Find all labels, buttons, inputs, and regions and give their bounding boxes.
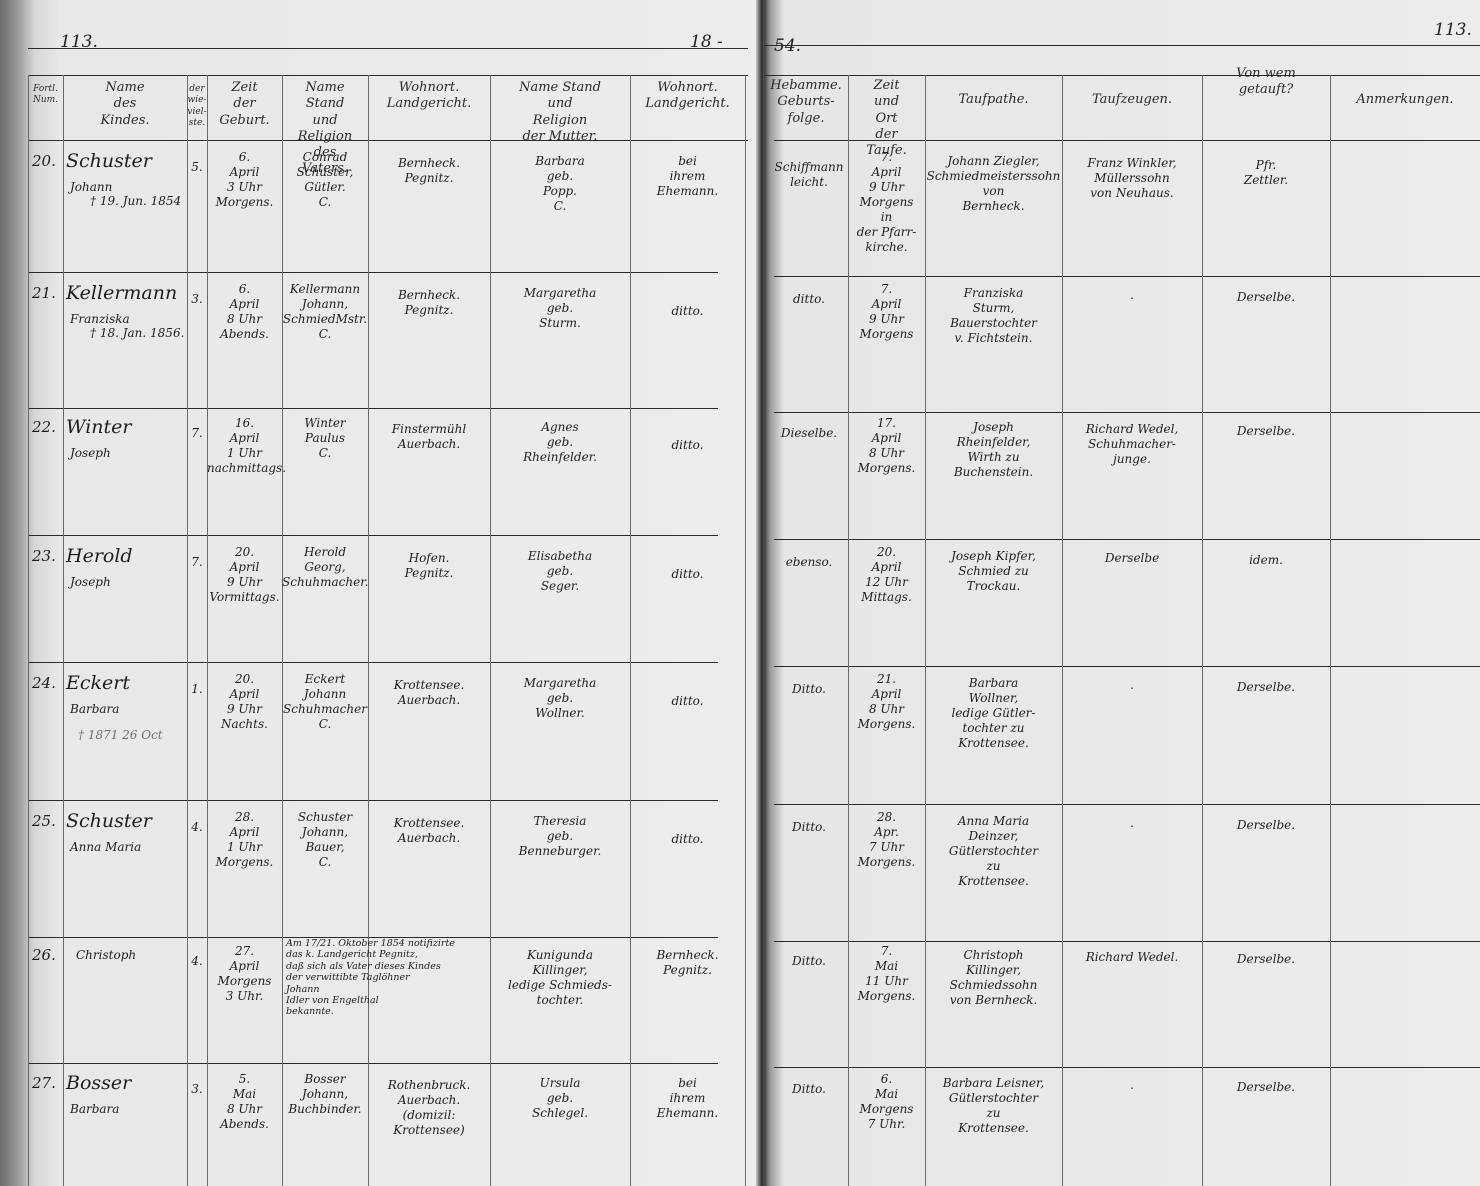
father-residence: Krottensee. Auerbach. bbox=[368, 678, 490, 708]
column-rule bbox=[28, 75, 29, 1186]
baptism-time-place: 6. Mai Morgens 7 Uhr. bbox=[848, 1072, 925, 1132]
father-residence: Finstermühl Auerbach. bbox=[368, 422, 490, 452]
witnesses: . bbox=[1062, 816, 1202, 831]
column-header-witnesses: Taufzeugen. bbox=[1062, 92, 1202, 108]
baptism-time-place: 20. April 12 Uhr Mittags. bbox=[848, 545, 925, 605]
column-header-godparent: Taufpathe. bbox=[925, 92, 1062, 108]
father-residence: Bernheck. Pegnitz. bbox=[368, 156, 490, 186]
column-rule bbox=[207, 75, 208, 1186]
year-prefix: 18 - bbox=[690, 32, 723, 52]
mother-name-status: Kunigunda Killinger, ledige Schmieds- to… bbox=[490, 948, 630, 1008]
godparent: Joseph Kipfer, Schmied zu Trockau. bbox=[925, 549, 1062, 594]
godparent: Anna Maria Deinzer, Gütlerstochter zu Kr… bbox=[925, 814, 1062, 889]
father-name-status: Eckert Johann Schuhmacher C. bbox=[282, 672, 368, 732]
mother-name-status: Barbara geb. Popp. C. bbox=[490, 154, 630, 214]
child-given-name: Johann bbox=[70, 180, 188, 195]
witnesses: Derselbe bbox=[1062, 551, 1202, 566]
column-header-num: Fortl. Num. bbox=[28, 84, 63, 107]
godparent: Franziska Sturm, Bauerstochter v. Fichts… bbox=[925, 286, 1062, 346]
column-rule bbox=[630, 75, 631, 1186]
father-name-status: Conrad Schuster, Gütler. C. bbox=[282, 150, 368, 210]
column-rule bbox=[282, 75, 283, 1186]
child-surname: Herold bbox=[66, 545, 191, 569]
father-acknowledgement-note: Am 17/21. Oktober 1854 notifizirte das k… bbox=[286, 938, 490, 1018]
baptized-by: Derselbe. bbox=[1202, 952, 1330, 967]
child-surname: Winter bbox=[66, 416, 191, 440]
entry-number: 22. bbox=[32, 418, 64, 437]
column-header-child: Name des Kindes. bbox=[63, 80, 187, 129]
witnesses: . bbox=[1062, 678, 1202, 693]
row-separator bbox=[774, 276, 1480, 277]
left-page: 113. 18 - Fortl. Num.Name des Kindes.der… bbox=[0, 0, 760, 1186]
father-name-status: Winter Paulus C. bbox=[282, 416, 368, 461]
left-page-number: 113. bbox=[60, 32, 98, 52]
child-surname: Eckert bbox=[66, 672, 191, 696]
witnesses: Richard Wedel. bbox=[1062, 950, 1202, 965]
death-note: † 18. Jan. 1856. bbox=[90, 326, 200, 341]
godparent: Barbara Wollner, ledige Gütler- tochter … bbox=[925, 676, 1062, 751]
row-separator bbox=[774, 412, 1480, 413]
godparent: Barbara Leisner, Gütlerstochter zu Krott… bbox=[925, 1076, 1062, 1136]
right-page: 54. 113. Hebamme. Geburts- folge.Zeit un… bbox=[764, 0, 1480, 1186]
father-residence: Rothenbruck. Auerbach. (domizil: Krotten… bbox=[368, 1078, 490, 1138]
witnesses: Richard Wedel, Schuhmacher- junge. bbox=[1062, 422, 1202, 467]
header-top-rule bbox=[28, 75, 748, 76]
year-suffix: 54. bbox=[774, 36, 801, 56]
entry-number: 20. bbox=[32, 152, 64, 171]
midwife: Dieselbe. bbox=[770, 426, 848, 441]
mother-name-status: Theresia geb. Benneburger. bbox=[490, 814, 630, 859]
mother-name-status: Margaretha geb. Wollner. bbox=[490, 676, 630, 721]
birth-time: 5. Mai 8 Uhr Abends. bbox=[207, 1072, 282, 1132]
right-page-number: 113. bbox=[1434, 20, 1472, 40]
row-separator bbox=[774, 539, 1480, 540]
birth-time: 28. April 1 Uhr Morgens. bbox=[207, 810, 282, 870]
baptism-time-place: 17. April 8 Uhr Morgens. bbox=[848, 416, 925, 476]
row-separator bbox=[774, 941, 1480, 942]
father-name-status: Bosser Johann, Buchbinder. bbox=[282, 1072, 368, 1117]
column-rule bbox=[1330, 75, 1331, 1186]
row-separator bbox=[774, 1067, 1480, 1068]
entry-number: 21. bbox=[32, 284, 64, 303]
child-given-name: Anna Maria bbox=[70, 840, 188, 855]
entry-number: 23. bbox=[32, 547, 64, 566]
legitimacy-order: 7. bbox=[187, 426, 207, 441]
top-rule bbox=[764, 45, 1480, 46]
baptism-time-place: 7. April 9 Uhr Morgens in der Pfarr- kir… bbox=[848, 150, 925, 255]
father-name-status: Herold Georg, Schuhmacher. bbox=[282, 545, 368, 590]
legitimacy-order: 4. bbox=[187, 820, 207, 835]
midwife: Schiffmann leicht. bbox=[770, 160, 848, 190]
header-top-rule bbox=[764, 75, 1480, 76]
column-rule bbox=[187, 75, 188, 1186]
birth-time: 6. April 3 Uhr Morgens. bbox=[207, 150, 282, 210]
row-separator bbox=[28, 662, 718, 663]
witnesses: . bbox=[1062, 1078, 1202, 1093]
row-separator bbox=[28, 1063, 718, 1064]
mother-residence: bei ihrem Ehemann. bbox=[630, 154, 745, 199]
column-rule bbox=[490, 75, 491, 1186]
entry-number: 24. bbox=[32, 674, 64, 693]
top-rule bbox=[28, 48, 748, 49]
entry-number: 26. bbox=[32, 946, 64, 965]
father-residence: Krottensee. Auerbach. bbox=[368, 816, 490, 846]
column-rule bbox=[368, 75, 369, 1186]
baptized-by: Derselbe. bbox=[1202, 1080, 1330, 1095]
child-surname: Kellermann bbox=[66, 282, 191, 306]
baptized-by: Derselbe. bbox=[1202, 818, 1330, 833]
baptized-by: Derselbe. bbox=[1202, 424, 1330, 439]
birth-time: 20. April 9 Uhr Nachts. bbox=[207, 672, 282, 732]
baptism-time-place: 21. April 8 Uhr Morgens. bbox=[848, 672, 925, 732]
mother-name-status: Margaretha geb. Sturm. bbox=[490, 286, 630, 331]
legitimacy-order: 5. bbox=[187, 160, 207, 175]
column-header-baptizer: Von wem getauft? bbox=[1202, 66, 1330, 99]
witnesses: Franz Winkler, Müllerssohn von Neuhaus. bbox=[1062, 156, 1202, 201]
father-residence: Hofen. Pegnitz. bbox=[368, 551, 490, 581]
legitimacy-order: 1. bbox=[187, 682, 207, 697]
child-given-name: Christoph bbox=[76, 948, 194, 963]
column-header-baptism: Zeit und Ort der Taufe. bbox=[848, 78, 925, 159]
death-note: † 19. Jun. 1854 bbox=[90, 194, 200, 209]
row-separator bbox=[28, 800, 718, 801]
row-separator bbox=[774, 666, 1480, 667]
column-header-mother: Name Stand und Religion der Mutter. bbox=[490, 80, 630, 145]
baptism-time-place: 7. April 9 Uhr Morgens bbox=[848, 282, 925, 342]
death-note: † 1871 26 Oct bbox=[78, 728, 188, 743]
mother-name-status: Ursula geb. Schlegel. bbox=[490, 1076, 630, 1121]
row-separator bbox=[28, 272, 718, 273]
child-given-name: Joseph bbox=[70, 575, 188, 590]
birth-time: 27. April Morgens 3 Uhr. bbox=[207, 944, 282, 1004]
column-header-remarks: Anmerkungen. bbox=[1330, 92, 1480, 108]
birth-time: 6. April 8 Uhr Abends. bbox=[207, 282, 282, 342]
row-separator bbox=[774, 804, 1480, 805]
mother-name-status: Elisabetha geb. Seger. bbox=[490, 549, 630, 594]
midwife: ditto. bbox=[770, 292, 848, 307]
mother-residence: ditto. bbox=[630, 438, 745, 453]
midwife: Ditto. bbox=[770, 820, 848, 835]
child-given-name: Barbara bbox=[70, 702, 188, 717]
legitimacy-order: 4. bbox=[187, 954, 207, 969]
father-name-status: Kellermann Johann, SchmiedMstr. C. bbox=[282, 282, 368, 342]
witnesses: . bbox=[1062, 288, 1202, 303]
child-given-name: Franziska bbox=[70, 312, 188, 327]
godparent: Christoph Killinger, Schmiedssohn von Be… bbox=[925, 948, 1062, 1008]
baptism-time-place: 7. Mai 11 Uhr Morgens. bbox=[848, 944, 925, 1004]
child-given-name: Barbara bbox=[70, 1102, 188, 1117]
baptized-by: idem. bbox=[1202, 553, 1330, 568]
column-header-birth: Zeit der Geburt. bbox=[207, 80, 282, 129]
father-residence: Bernheck. Pegnitz. bbox=[368, 288, 490, 318]
baptism-time-place: 28. Apr. 7 Uhr Morgens. bbox=[848, 810, 925, 870]
mother-residence: ditto. bbox=[630, 832, 745, 847]
row-separator bbox=[28, 535, 718, 536]
legitimacy-order: 3. bbox=[187, 292, 207, 307]
mother-residence: ditto. bbox=[630, 567, 745, 582]
row-separator bbox=[28, 408, 718, 409]
column-header-legit: der wie- viel- ste. bbox=[187, 84, 207, 129]
mother-residence: bei ihrem Ehemann. bbox=[630, 1076, 745, 1121]
baptized-by: Derselbe. bbox=[1202, 290, 1330, 305]
legitimacy-order: 7. bbox=[187, 555, 207, 570]
column-header-father_residence: Wohnort. Landgericht. bbox=[368, 80, 490, 113]
godparent: Johann Ziegler, Schmiedmeisterssohn von … bbox=[925, 154, 1062, 214]
column-rule bbox=[745, 75, 746, 1186]
birth-time: 20. April 9 Uhr Vormittags. bbox=[207, 545, 282, 605]
column-rule bbox=[925, 75, 926, 1186]
midwife: Ditto. bbox=[770, 954, 848, 969]
legitimacy-order: 3. bbox=[187, 1082, 207, 1097]
column-rule bbox=[63, 75, 64, 1186]
column-header-midwife: Hebamme. Geburts- folge. bbox=[764, 78, 848, 127]
baptized-by: Pfr. Zettler. bbox=[1202, 158, 1330, 188]
mother-residence: Bernheck. Pegnitz. bbox=[630, 948, 745, 978]
entry-number: 25. bbox=[32, 812, 64, 831]
midwife: Ditto. bbox=[770, 1082, 848, 1097]
godparent: Joseph Rheinfelder, Wirth zu Buchenstein… bbox=[925, 420, 1062, 480]
midwife: ebenso. bbox=[770, 555, 848, 570]
birth-time: 16. April 1 Uhr nachmittags. bbox=[207, 416, 282, 476]
column-rule bbox=[1062, 75, 1063, 1186]
midwife: Ditto. bbox=[770, 682, 848, 697]
entry-number: 27. bbox=[32, 1074, 64, 1093]
row-separator bbox=[28, 140, 748, 141]
column-header-mother_residence: Wohnort. Landgericht. bbox=[630, 80, 745, 113]
mother-name-status: Agnes geb. Rheinfelder. bbox=[490, 420, 630, 465]
column-rule bbox=[1202, 75, 1203, 1186]
mother-residence: ditto. bbox=[630, 304, 745, 319]
mother-residence: ditto. bbox=[630, 694, 745, 709]
baptized-by: Derselbe. bbox=[1202, 680, 1330, 695]
child-surname: Bosser bbox=[66, 1072, 191, 1096]
father-name-status: Schuster Johann, Bauer, C. bbox=[282, 810, 368, 870]
child-surname: Schuster bbox=[66, 150, 191, 174]
child-surname: Schuster bbox=[66, 810, 191, 834]
child-given-name: Joseph bbox=[70, 446, 188, 461]
